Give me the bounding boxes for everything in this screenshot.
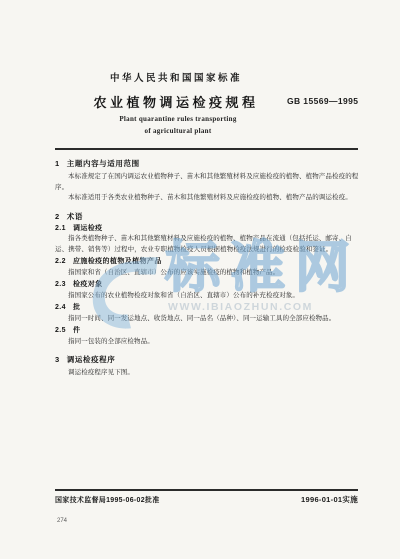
subsection-2-5-text: 指同一包装的全部应检物品。 <box>55 337 361 348</box>
section-3-heading: 3调运检疫程序 <box>55 355 361 364</box>
implementation-text: 1996-01-01实施 <box>301 494 358 505</box>
section-1-number: 1 <box>55 159 60 168</box>
section-3-paragraph-1: 调运检疫程序见下图。 <box>55 368 361 379</box>
section-3-number: 3 <box>55 355 60 364</box>
subsection-2-1-title: 调运检疫 <box>73 225 103 232</box>
section-1-heading: 1主题内容与适用范围 <box>55 159 361 168</box>
section-3-title: 调运检疫程序 <box>67 355 116 364</box>
section-1-paragraph-1: 本标准规定了在国内调运农业植物种子、苗木和其他繁殖材料及应施检疫的植物、植物产品… <box>55 172 361 193</box>
english-title: Plant quarantine rules transporting of a… <box>0 113 356 137</box>
section-2-title: 术语 <box>67 212 83 221</box>
section-1-paragraph-2: 本标准适用于各类农业植物种子、苗木和其他繁殖材料及应施检疫的植物、植物产品的调运… <box>55 193 361 204</box>
subsection-2-4-title: 批 <box>73 304 80 311</box>
subsection-2-2-text: 指国家和省（自治区、直辖市）公布的应该实施检疫的植物和植物产品。 <box>55 268 361 279</box>
subsection-2-1-text: 指各类植物种子、苗木和其他繁殖材料及应施检疫的植物、植物产品在流通（包括托运、邮… <box>55 234 361 255</box>
header-divider <box>55 148 358 150</box>
subsection-2-3-text: 指国家公布的农业植物检疫对象和省（自治区、直辖市）公布的补充检疫对象。 <box>55 291 361 302</box>
english-title-line1: Plant quarantine rules transporting <box>0 113 356 125</box>
subsection-2-3-number: 2.3 <box>55 281 66 290</box>
approval-text: 国家技术监督局1995-06-02批准 <box>55 495 160 505</box>
section-1-title: 主题内容与适用范围 <box>67 159 140 168</box>
standard-org-title: 中华人民共和国国家标准 <box>0 70 352 84</box>
subsection-2-4-number: 2.4 <box>55 304 66 313</box>
document-body: 1主题内容与适用范围 本标准规定了在国内调运农业植物种子、苗木和其他繁殖材料及应… <box>55 153 361 379</box>
footer: 国家技术监督局1995-06-02批准 1996-01-01实施 <box>55 494 358 505</box>
subsection-2-2-title: 应施检疫的植物及植物产品 <box>73 258 162 265</box>
subsection-2-4-text: 指同一时间、同一发运地点、收货地点、同一品名（品种）、同一运输工具的全部应检物品… <box>55 314 361 325</box>
subsection-2-1-number: 2.1 <box>55 225 66 234</box>
subsection-2-4-heading: 2.4批 <box>55 304 361 313</box>
subsection-2-5-heading: 2.5件 <box>55 327 361 336</box>
english-title-line2: of agricultural plant <box>0 125 356 137</box>
subsection-2-5-title: 件 <box>73 327 80 334</box>
section-2-number: 2 <box>55 212 60 221</box>
subsection-2-3-title: 检疫对象 <box>73 281 103 288</box>
subsection-2-3-heading: 2.3检疫对象 <box>55 281 361 290</box>
subsection-2-2-heading: 2.2应施检疫的植物及植物产品 <box>55 258 361 267</box>
subsection-2-2-number: 2.2 <box>55 258 66 267</box>
subsection-2-1-heading: 2.1调运检疫 <box>55 225 361 234</box>
footer-divider <box>55 489 358 491</box>
subsection-2-5-number: 2.5 <box>55 327 66 336</box>
section-2-heading: 2术语 <box>55 212 361 221</box>
standard-number: GB 15569—1995 <box>287 96 358 106</box>
document-page: 中华人民共和国国家标准 农业植物调运检疫规程 GB 15569—1995 Pla… <box>0 0 400 559</box>
page-number: 274 <box>57 518 67 524</box>
